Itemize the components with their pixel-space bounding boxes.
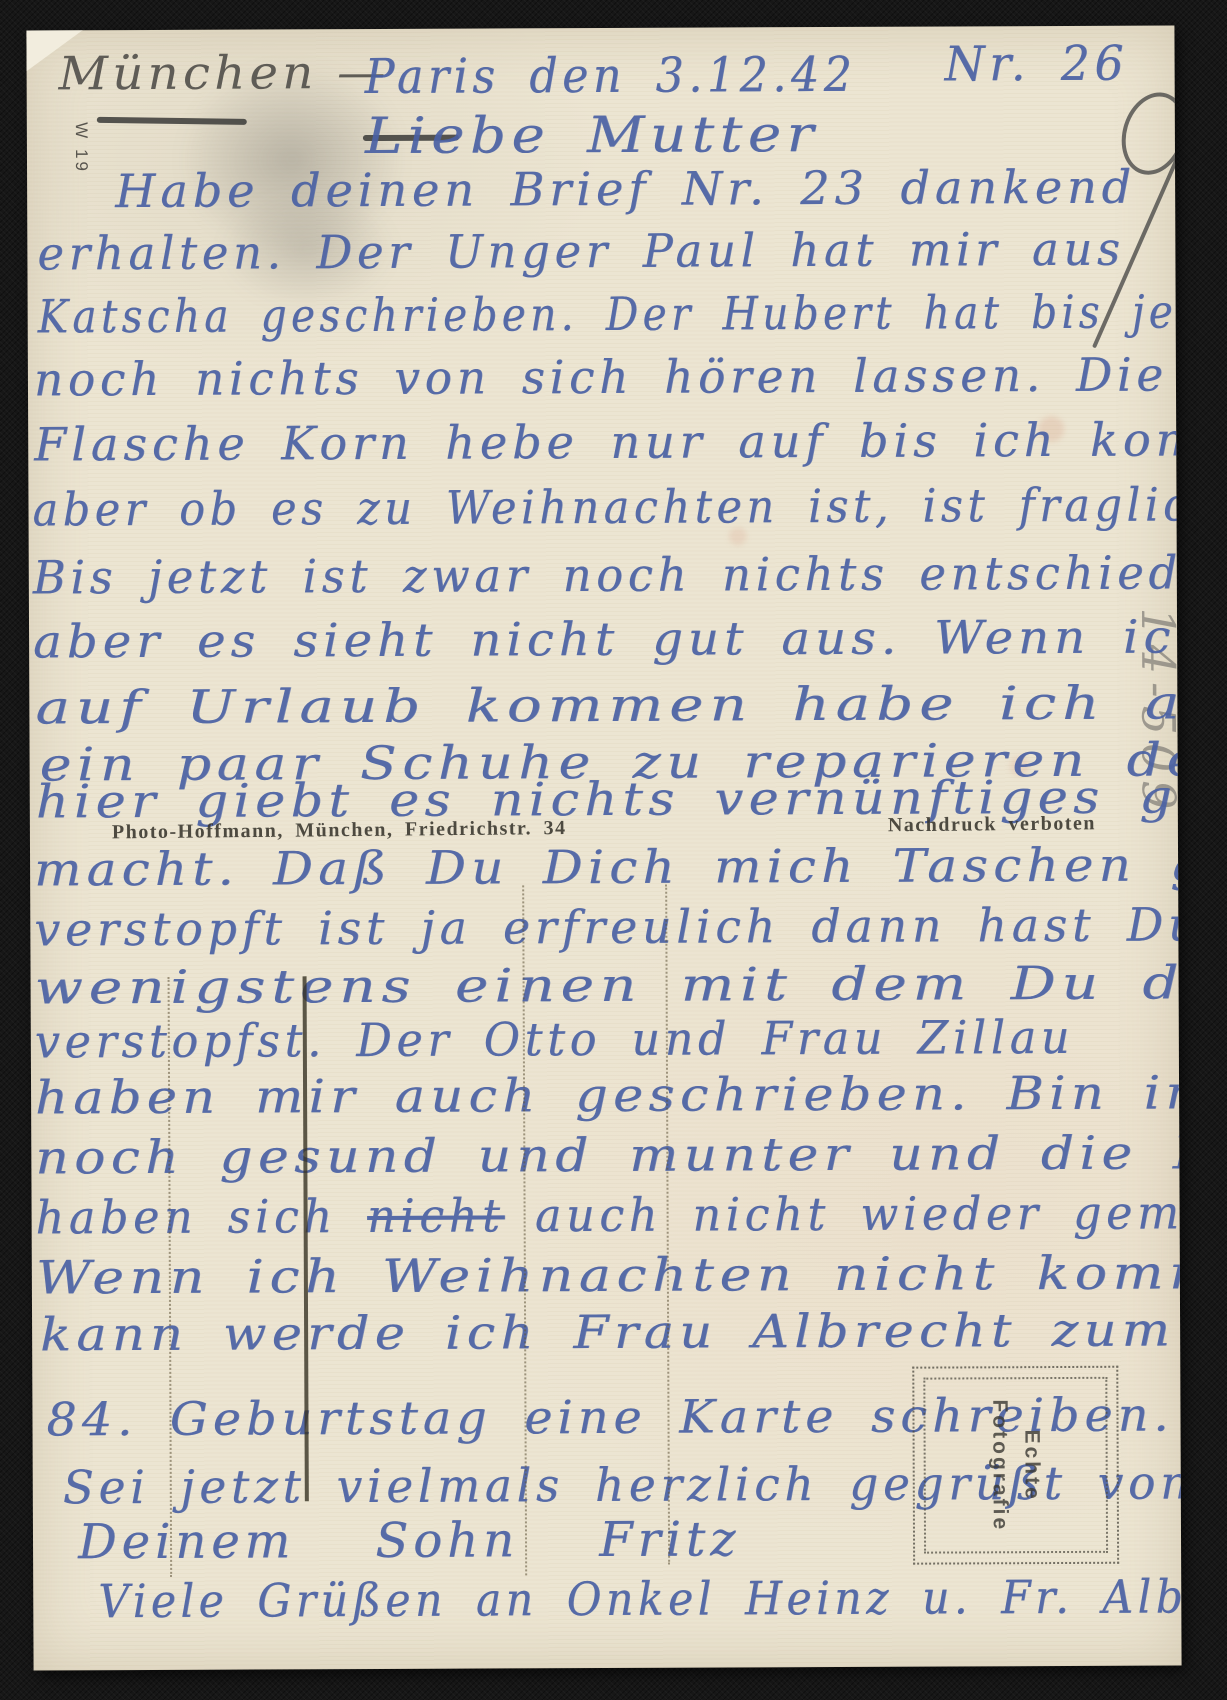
handwriting-body: Habe deinen Brief Nr. 23 dankenderhalten… — [26, 26, 1174, 31]
salutation: Liebe Mutter — [365, 109, 819, 161]
handwriting-line: noch nichts von sich hören lassen. Die — [34, 352, 1168, 403]
handwriting-line: Bis jetzt ist zwar noch nichts entschied… — [33, 549, 1182, 600]
printed-credit: Photo-Hoffmann, München, Friedrichstr. 3… — [112, 817, 567, 844]
handwriting-line: wenigstens einen mit dem Du dich — [35, 959, 1182, 1010]
handwriting-text: auch nicht wieder gemeldet. — [504, 1185, 1181, 1243]
handwriting-line: haben mir auch geschrieben. Bin immer — [35, 1069, 1182, 1121]
place-date: Paris den 3.12.42 — [365, 51, 857, 101]
stamp-label: Echte Fotografie — [984, 1399, 1048, 1532]
handwriting-line: Viele Grüßen an Onkel Heinz u. Fr. Albre… — [98, 1573, 1181, 1624]
handwriting-text: haben sich — [35, 1189, 367, 1244]
handwriting-line: Habe deinen Brief Nr. 23 dankend — [115, 164, 1136, 214]
edge-mark: W 19 — [71, 122, 91, 174]
stamp-label-wrap: Echte Fotografie — [914, 1368, 1117, 1563]
handwriting-line: Wenn ich Weihnachten nicht kommen — [36, 1249, 1182, 1301]
letter-number: Nr. 26 — [944, 40, 1128, 89]
handwriting-line: Katscha geschrieben. Der Hubert hat bis … — [38, 288, 1182, 339]
printed-notice: Nachdruck verboten — [888, 812, 1096, 837]
handwriting-line: auf Urlaub kommen habe ich auch — [35, 679, 1181, 731]
handwriting-line: haben sich nicht auch nicht wieder gemel… — [36, 1189, 1182, 1241]
postcard-back: München — Paris den 3.12.42 Nr. 26 Liebe… — [26, 26, 1181, 1671]
handwriting-line: noch gesund und munter und die Nieren — [35, 1129, 1181, 1181]
handwriting-line: macht. Daß Du Dich mich Taschen gut — [34, 841, 1182, 892]
handwriting-line: Flasche Korn hebe nur auf bis ich komme — [34, 416, 1181, 467]
pencil-route-heading: München — — [59, 49, 390, 96]
pencil-underline — [97, 117, 247, 125]
handwriting-line: kann werde ich Frau Albrecht zum — [40, 1307, 1175, 1358]
handwriting-line: aber ob es zu Weihnachten ist, ist fragl… — [32, 481, 1181, 532]
handwriting-line: Deinem Sohn Fritz — [78, 1515, 741, 1566]
stamp-box: Echte Fotografie — [912, 1366, 1119, 1565]
handwriting-line: verstopft ist ja erfreulich dann hast Du — [34, 901, 1181, 952]
stamp-label-line2: Fotografie — [984, 1399, 1016, 1532]
handwriting-line: aber es sieht nicht gut aus. Wenn ich — [33, 613, 1182, 664]
stamp-label-line1: Echte — [1015, 1399, 1047, 1532]
photo-album-page: München — Paris den 3.12.42 Nr. 26 Liebe… — [0, 0, 1227, 1700]
struck-word: nicht — [367, 1188, 505, 1243]
handwriting-line: verstopfst. Der Otto und Frau Zillau — [35, 1014, 1074, 1065]
handwriting-line: erhalten. Der Unger Paul hat mir aus — [37, 226, 1125, 277]
